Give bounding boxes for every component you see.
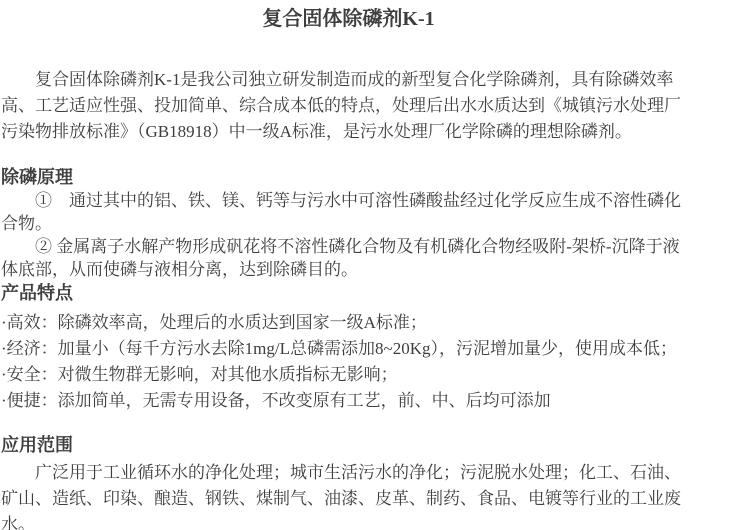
feature-item-safety: ·安全：对微生物群无影响，对其他水质指标无影响； — [1, 362, 696, 388]
section-heading-principle: 除磷原理 — [1, 167, 696, 187]
section-heading-features: 产品特点 — [1, 283, 696, 303]
section-heading-application: 应用范围 — [1, 435, 696, 455]
application-paragraph: 广泛用于工业循环水的净化处理；城市生活污水的净化；污泥脱水处理；化工、石油、矿山… — [1, 460, 696, 530]
principle-item-2: ② 金属离子水解产物形成矾花将不溶性磷化合物及有机磷化合物经吸附-架桥-沉降于液… — [1, 235, 696, 281]
principle-item-1: ① 通过其中的铝、铁、镁、钙等与污水中可溶性磷酸盐经过化学反应生成不溶性磷化合物… — [1, 189, 696, 235]
feature-item-economy: ·经济：加量小（每千方污水去除1mg/L总磷需添加8~20Kg），污泥增加量少，… — [1, 336, 696, 362]
intro-paragraph: 复合固体除磷剂K-1是我公司独立研发制造而成的新型复合化学除磷剂，具有除磷效率高… — [1, 67, 696, 145]
page-title: 复合固体除磷剂K-1 — [1, 8, 696, 30]
document-page: 复合固体除磷剂K-1 复合固体除磷剂K-1是我公司独立研发制造而成的新型复合化学… — [0, 0, 696, 530]
feature-item-efficiency: ·高效：除磷效率高，处理后的水质达到国家一级A标准； — [1, 310, 696, 336]
feature-item-convenience: ·便捷：添加简单，无需专用设备，不改变原有工艺，前、中、后均可添加 — [1, 388, 696, 414]
